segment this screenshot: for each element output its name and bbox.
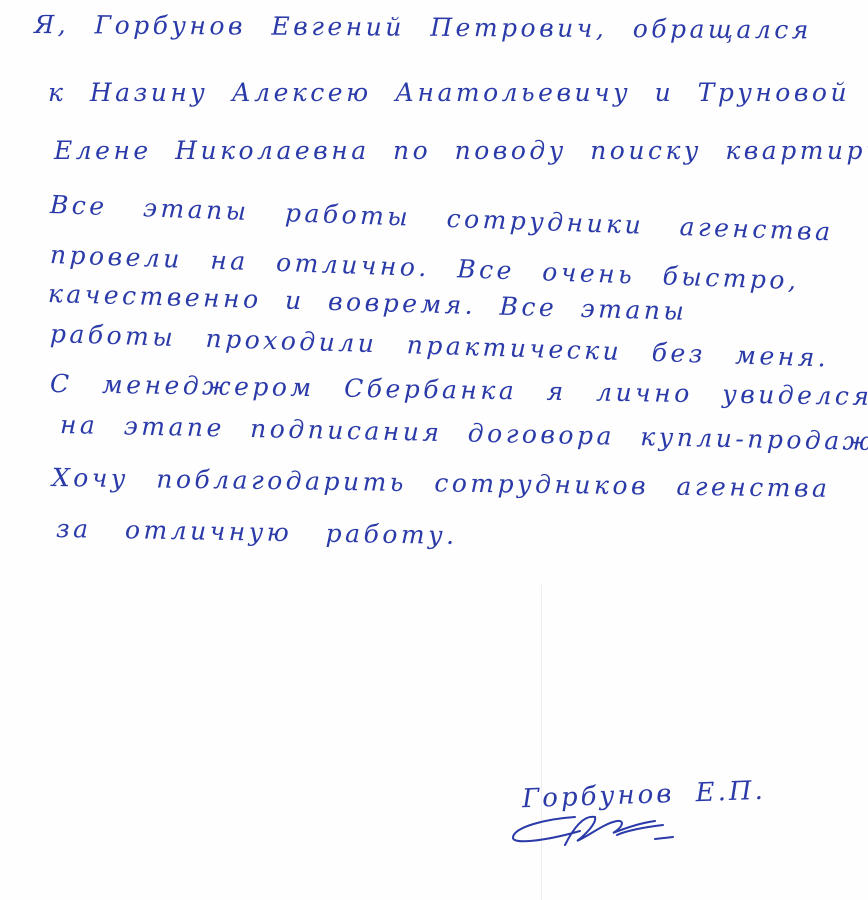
letter-line-3: Елене Николаевна по поводу поиску кварти… <box>54 136 868 165</box>
letter-line-9: на этапе подписания договора купли-прода… <box>60 410 868 457</box>
letter-line-8: С менеджером Сбербанка я лично увиделся <box>50 369 868 411</box>
signature-scribble-icon <box>505 805 685 855</box>
letter-line-1: Я, Горбунов Евгений Петрович, обращался <box>34 10 812 44</box>
letter-line-7: работы проходили практически без меня. <box>50 319 830 372</box>
letter-line-11: за отличную работу. <box>56 514 458 550</box>
letter-line-10: Хочу поблагодарить сотрудников агенства <box>52 463 831 503</box>
letter-line-2: к Назину Алексею Анатольевичу и Труновой <box>48 78 850 107</box>
letter-line-4: Все этапы работы сотрудники агенства <box>49 190 834 246</box>
letter-page: Я, Горбунов Евгений Петрович, обращался … <box>0 0 868 900</box>
